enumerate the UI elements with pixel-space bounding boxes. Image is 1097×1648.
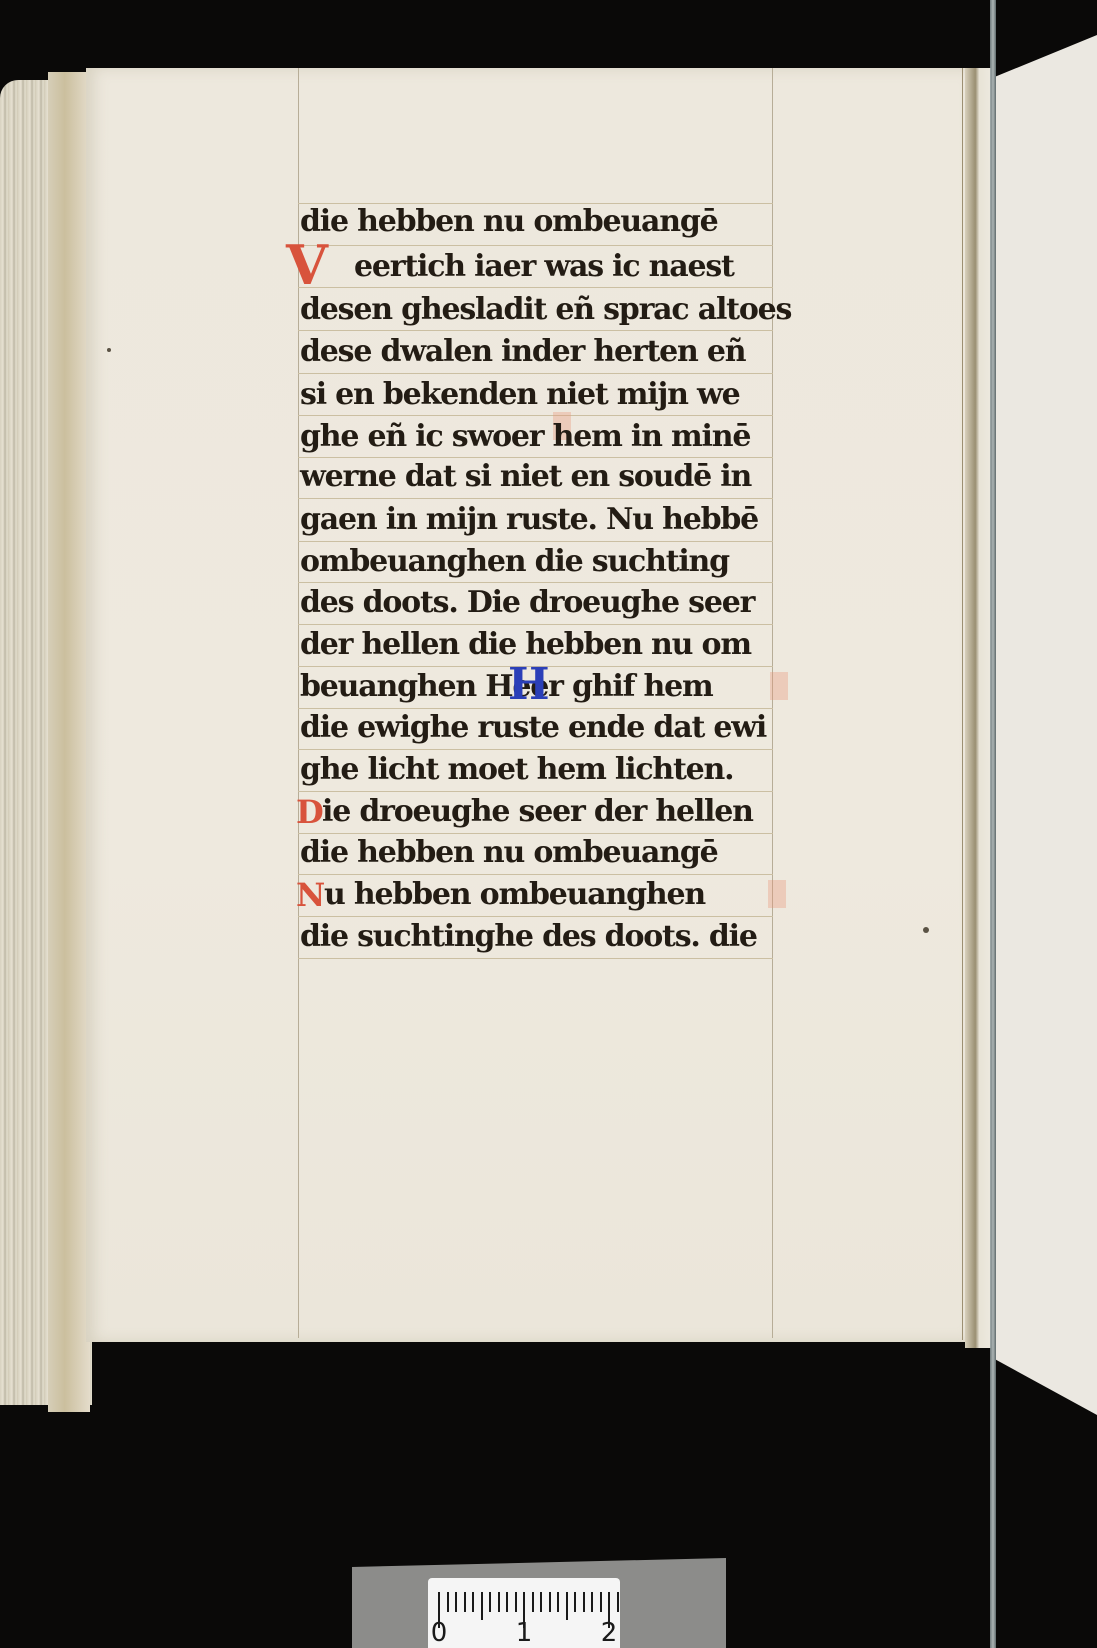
ruling-line — [298, 916, 773, 917]
ruler-tick — [566, 1592, 568, 1620]
ruler-label-0: 0 — [429, 1618, 449, 1648]
ruling-line — [298, 330, 773, 331]
facing-leaf-edge — [996, 35, 1097, 1415]
text-line-9: ombeuanghen die suchting — [300, 544, 729, 580]
offset-mark — [770, 672, 788, 700]
ruler-label-1: 1 — [514, 1618, 534, 1648]
ruler-tick — [489, 1592, 491, 1612]
ruler-tick — [591, 1592, 593, 1612]
ruler-tick — [540, 1592, 542, 1612]
ruling-line — [298, 287, 773, 288]
stain-dot — [923, 927, 929, 933]
text-line-2: eertich iaer was ic naest — [354, 249, 734, 285]
text-line-5: si en bekenden niet mijn we — [300, 377, 740, 413]
stain-dot — [107, 348, 111, 352]
text-line-14: ghe licht moet hem lichten. — [300, 752, 733, 788]
text-line-1: die hebben nu ombeuangē — [300, 204, 718, 240]
red-initial-d: D — [296, 794, 324, 830]
ruler-label-2: 2 — [599, 1618, 619, 1648]
ruling-line — [298, 958, 773, 959]
text-line-4: dese dwalen inder herten eñ — [300, 334, 745, 370]
red-initial-v: V — [286, 238, 328, 292]
ruling-line — [298, 791, 773, 792]
text-line-15: ie droeughe seer der hellen — [322, 794, 753, 830]
blue-initial-h: H — [508, 662, 550, 708]
ruler-tick — [574, 1592, 576, 1612]
text-line-7: werne dat si niet en soudē in — [300, 459, 751, 495]
ruling-right — [772, 68, 773, 1338]
text-line-8: gaen in mijn ruste. Nu hebbē — [300, 502, 758, 538]
ruler-tick — [557, 1592, 559, 1612]
ruling-line — [298, 373, 773, 374]
text-line-16: die hebben nu ombeuangē — [300, 835, 718, 871]
ruler-tick — [481, 1592, 483, 1620]
text-line-6: ghe eñ ic swoer hem in minē — [300, 419, 750, 455]
text-line-17: u hebben ombeuanghen — [324, 877, 705, 913]
ruler: 0 1 2 — [428, 1578, 620, 1648]
text-line-3: desen ghesladit eñ sprac altoes — [300, 292, 791, 328]
ruler-tick — [600, 1592, 602, 1612]
ruling-line — [298, 749, 773, 750]
ruler-tick — [583, 1592, 585, 1612]
text-line-18: die suchtinghe des doots. die — [300, 919, 757, 955]
ruler-tick — [549, 1592, 551, 1612]
ruling-line — [298, 457, 773, 458]
glass-plate-edge — [990, 0, 996, 1648]
ruler-tick — [498, 1592, 500, 1612]
ruling-line — [298, 541, 773, 542]
ruler-tick — [472, 1592, 474, 1612]
text-line-12: beuanghen Heer ghif hem — [300, 669, 713, 705]
ruling-line — [298, 582, 773, 583]
ruling-line — [298, 833, 773, 834]
ruling-line — [298, 245, 773, 246]
red-initial-n: N — [296, 877, 325, 913]
ruling-line — [298, 415, 773, 416]
text-line-13: die ewighe ruste ende dat ewi — [300, 710, 766, 746]
ruling-line — [298, 624, 773, 625]
ruling-outer — [962, 68, 963, 1340]
ruler-tick — [506, 1592, 508, 1612]
ruler-tick — [515, 1592, 517, 1612]
ruler-tick — [464, 1592, 466, 1612]
ruler-tick — [617, 1592, 619, 1612]
ruling-line — [298, 874, 773, 875]
ruler-tick — [455, 1592, 457, 1612]
gutter — [965, 68, 991, 1348]
offset-mark — [768, 880, 786, 908]
ruler-tick — [447, 1592, 449, 1612]
ruling-line — [298, 498, 773, 499]
ruler-tick — [532, 1592, 534, 1612]
page-stack-inner — [48, 72, 90, 1412]
text-line-10: des doots. Die droeughe seer — [300, 585, 754, 621]
text-line-11: der hellen die hebben nu om — [300, 627, 751, 663]
